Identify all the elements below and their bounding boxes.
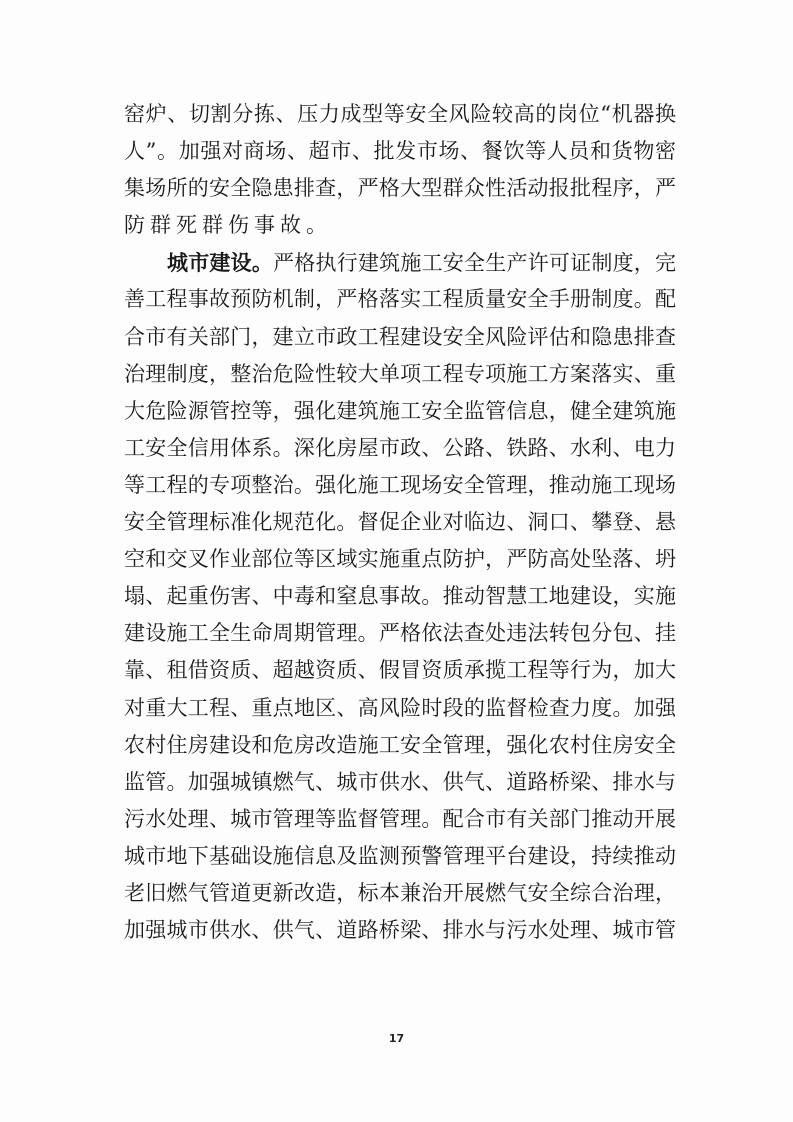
paragraph-1-line-3: 集场所的安全隐患排查，严格大型群众性活动报批程序，严: [124, 170, 676, 207]
paragraph-2-line-13: 对重大工程、重点地区、高风险时段的监督检查力度。加强: [124, 690, 676, 727]
paragraph-1-line-4: 防群死群伤事故。: [124, 207, 676, 244]
paragraph-2-line-15: 监管。加强城镇燃气、城市供水、供气、道路桥梁、排水与: [124, 764, 676, 801]
paragraph-2-line-19: 加强城市供水、供气、道路桥梁、排水与污水处理、城市管: [124, 912, 676, 949]
paragraph-1-line-1: 窑炉、切割分拣、压力成型等安全风险较高的岗位“机器换: [124, 96, 676, 133]
paragraph-2-first-line-wrap: 城市建设。严格执行建筑施工安全生产许可证制度，完: [167, 244, 676, 281]
paragraph-2-line-1: 城市建设。严格执行建筑施工安全生产许可证制度，完: [124, 244, 676, 281]
paragraph-2-line-9: 空和交叉作业部位等区域实施重点防护，严防高处坠落、坍: [124, 541, 676, 578]
paragraph-2-line-12: 靠、租借资质、超越资质、假冒资质承揽工程等行为，加大: [124, 652, 676, 689]
paragraph-2-line-10: 塌、起重伤害、中毒和窒息事故。推动智慧工地建设，实施: [124, 578, 676, 615]
paragraph-2-line-7: 等工程的专项整治。强化施工现场安全管理，推动施工现场: [124, 467, 676, 504]
paragraph-2-line-5: 大危险源管控等，强化建筑施工安全监管信息，健全建筑施: [124, 393, 676, 430]
section-heading: 城市建设。: [167, 250, 273, 275]
paragraph-2-line-2: 善工程事故预防机制，严格落实工程质量安全手册制度。配: [124, 281, 676, 318]
paragraph-2-line-14: 农村住房建设和危房改造施工安全管理，强化农村住房安全: [124, 727, 676, 764]
paragraph-2-line-6: 工安全信用体系。深化房屋市政、公路、铁路、水利、电力: [124, 430, 676, 467]
page-number: 17: [0, 1032, 793, 1045]
paragraph-2-line-11: 建设施工全生命周期管理。严格依法查处违法转包分包、挂: [124, 615, 676, 652]
paragraph-2-line-3: 合市有关部门，建立市政工程建设安全风险评估和隐患排查: [124, 319, 676, 356]
paragraph-2-line-8: 安全管理标准化规范化。督促企业对临边、洞口、攀登、悬: [124, 504, 676, 541]
paragraph-2-line-17: 城市地下基础设施信息及监测预警管理平台建设，持续推动: [124, 838, 676, 875]
paragraph-2-line-16: 污水处理、城市管理等监督管理。配合市有关部门推动开展: [124, 801, 676, 838]
paragraph-1-line-2: 人”。加强对商场、超市、批发市场、餐饮等人员和货物密: [124, 133, 676, 170]
document-page: 窑炉、切割分拣、压力成型等安全风险较高的岗位“机器换 人”。加强对商场、超市、批…: [0, 0, 793, 1122]
body-text: 窑炉、切割分拣、压力成型等安全风险较高的岗位“机器换 人”。加强对商场、超市、批…: [124, 96, 676, 949]
paragraph-2-line-1-text: 严格执行建筑施工安全生产许可证制度，完: [273, 251, 676, 275]
paragraph-2-line-4: 治理制度，整治危险性较大单项工程专项施工方案落实、重: [124, 356, 676, 393]
paragraph-2-line-18: 老旧燃气管道更新改造，标本兼治开展燃气安全综合治理，: [124, 875, 676, 912]
